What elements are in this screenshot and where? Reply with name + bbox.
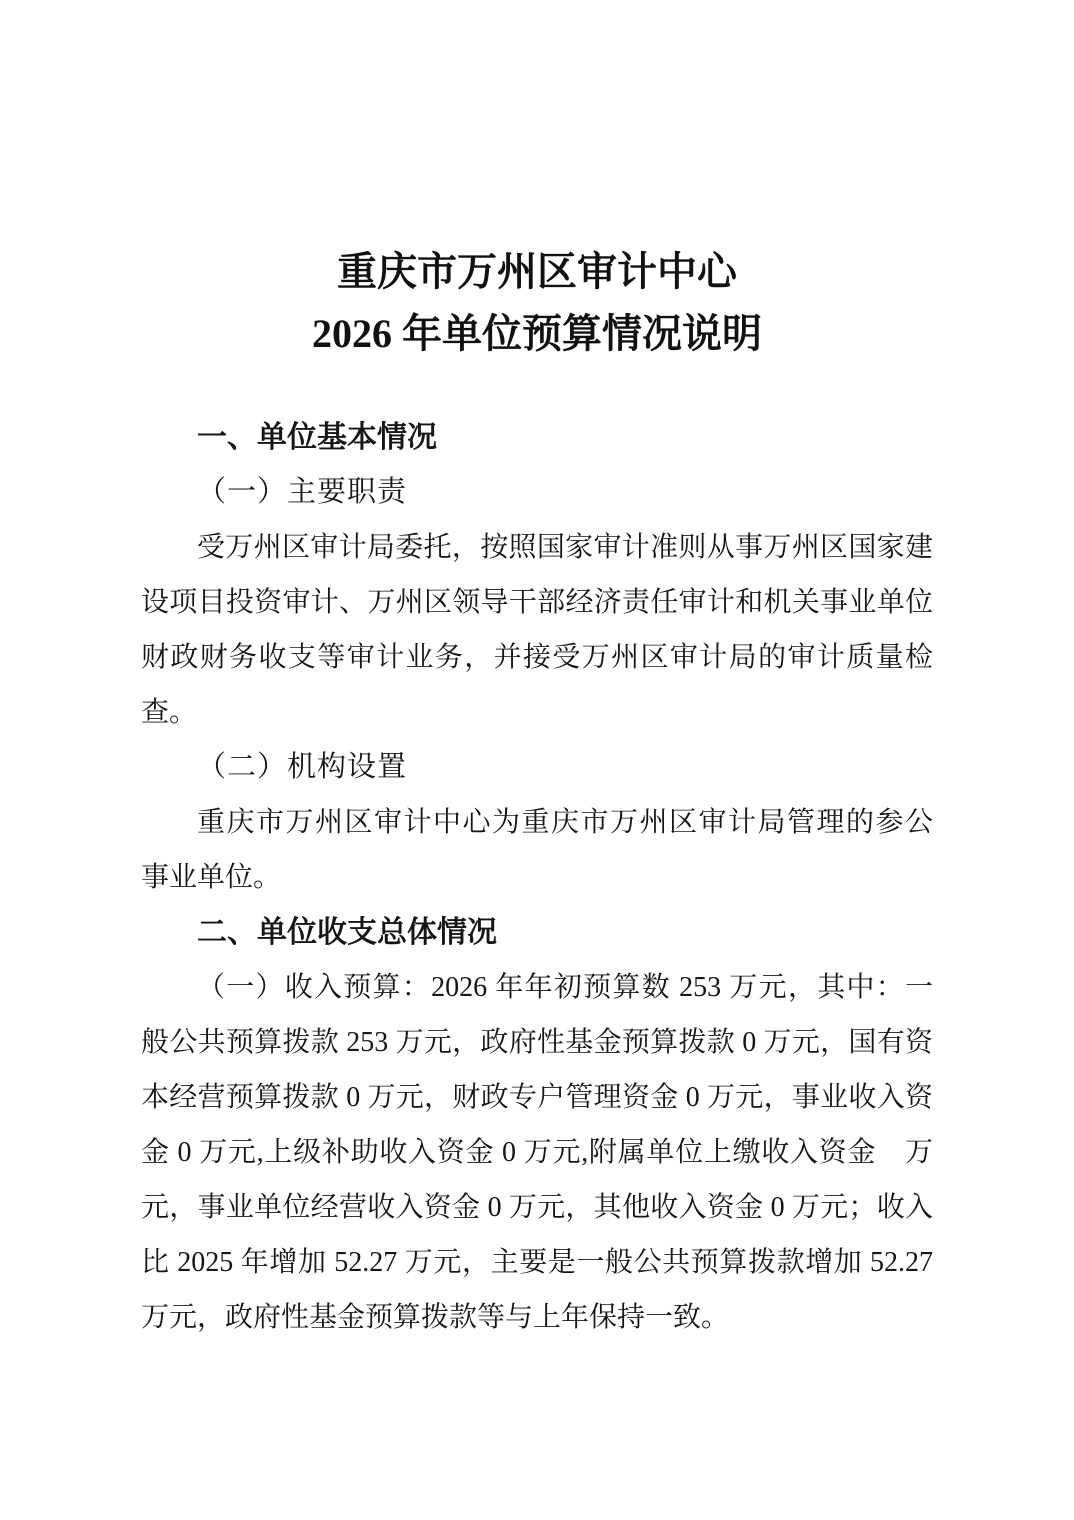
- paragraph-3-line-7: 万元，政府性基金预算拨款等与上年保持一致。: [141, 1290, 933, 1345]
- paragraph-3-line-2: 般公共预算拨款 253 万元，政府性基金预算拨款 0 万元，国有资: [141, 1015, 933, 1070]
- paragraph-3-line-1: （一）收入预算：2026 年年初预算数 253 万元，其中：一: [141, 960, 933, 1015]
- paragraph-3-line-3: 本经营预算拨款 0 万元，财政专户管理资金 0 万元，事业收入资: [141, 1070, 933, 1125]
- paragraph-1-line-4: 查。: [141, 685, 933, 740]
- paragraph-2-line-1: 重庆市万州区审计中心为重庆市万州区审计局管理的参公: [141, 795, 933, 850]
- document-title-line-1: 重庆市万州区审计中心: [141, 241, 933, 303]
- title-gap: [141, 365, 933, 410]
- section-2-heading: 二、单位收支总体情况: [141, 905, 933, 960]
- document-title-line-2: 2026 年单位预算情况说明: [141, 303, 933, 365]
- paragraph-3-line-6: 比 2025 年增加 52.27 万元，主要是一般公共预算拨款增加 52.27: [141, 1235, 933, 1290]
- paragraph-1-line-2: 设项目投资审计、万州区领导干部经济责任审计和机关事业单位: [141, 575, 933, 630]
- document-content: 重庆市万州区审计中心 2026 年单位预算情况说明 一、单位基本情况 （一）主要…: [141, 241, 933, 1345]
- paragraph-1-line-3: 财政财务收支等审计业务，并接受万州区审计局的审计质量检: [141, 630, 933, 685]
- paragraph-1-line-1: 受万州区审计局委托，按照国家审计准则从事万州区国家建: [141, 520, 933, 575]
- subsection-1-1-heading: （一）主要职责: [141, 465, 933, 520]
- document-title: 重庆市万州区审计中心 2026 年单位预算情况说明: [141, 241, 933, 365]
- section-1-heading: 一、单位基本情况: [141, 410, 933, 465]
- paragraph-3-line-4: 金 0 万元,上级补助收入资金 0 万元,附属单位上缴收入资金 万: [141, 1125, 933, 1180]
- paragraph-2-line-2: 事业单位。: [141, 850, 933, 905]
- subsection-1-2-heading: （二）机构设置: [141, 740, 933, 795]
- paragraph-3-line-5: 元，事业单位经营收入资金 0 万元，其他收入资金 0 万元；收入: [141, 1180, 933, 1235]
- document-page: 重庆市万州区审计中心 2026 年单位预算情况说明 一、单位基本情况 （一）主要…: [0, 0, 1074, 1520]
